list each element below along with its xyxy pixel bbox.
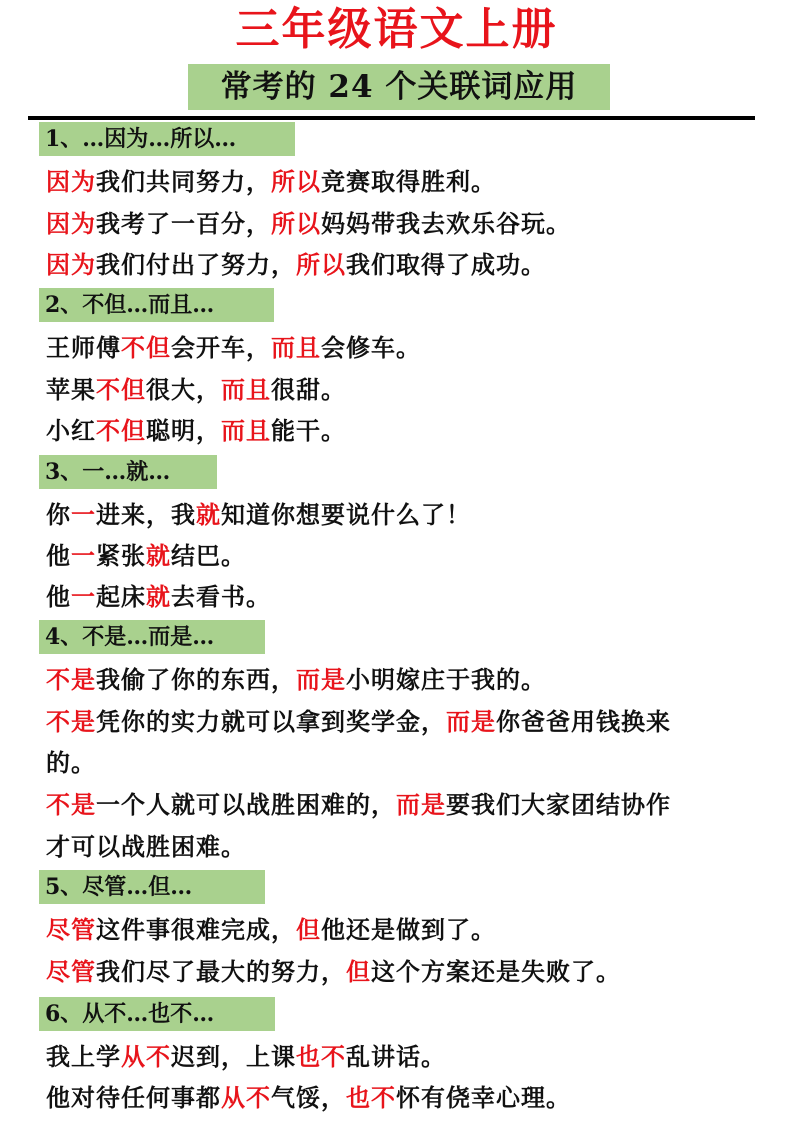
sentence-text: 他: [46, 541, 71, 570]
conjunction-highlight: 所以: [271, 167, 321, 196]
sentence-text: 能干。: [271, 416, 346, 445]
sentence-text: 苹果: [46, 375, 96, 404]
sentence-text: 你: [46, 500, 71, 529]
conjunction-highlight: 不是: [46, 707, 96, 736]
conjunction-highlight: 而是: [296, 665, 346, 694]
section-heading: 2、不但…而且…: [39, 288, 274, 322]
conjunction-highlight: 从不: [221, 1083, 271, 1112]
conjunction-highlight: 所以: [296, 250, 346, 279]
sentence-text: 我上学: [46, 1042, 121, 1071]
example-sentence: 因为我们付出了努力，所以我们取得了成功。: [46, 248, 546, 282]
conjunction-highlight: 不但: [121, 333, 171, 362]
sentence-text: 竞赛取得胜利。: [321, 167, 496, 196]
conjunction-highlight: 一: [71, 541, 96, 570]
sentence-text: 这件事很难完成，: [96, 915, 296, 944]
page-title: 三年级语文上册: [0, 2, 793, 58]
conjunction-highlight: 一: [71, 582, 96, 611]
sentence-text: 迟到，上课: [171, 1042, 296, 1071]
conjunction-highlight: 不是: [46, 665, 96, 694]
example-sentence: 小红不但聪明，而且能干。: [46, 414, 346, 448]
example-sentence: 才可以战胜困难。: [46, 830, 246, 864]
sentence-text: 他对待任何事都: [46, 1083, 221, 1112]
sentence-text: 聪明，: [146, 416, 221, 445]
sentence-text: 要我们大家团结协作: [446, 790, 671, 819]
sentence-text: 他还是做到了。: [321, 915, 496, 944]
conjunction-highlight: 而是: [446, 707, 496, 736]
page-subtitle: 常考的 24 个关联词应用: [188, 64, 610, 110]
example-sentence: 我上学从不迟到，上课也不乱讲话。: [46, 1040, 446, 1074]
conjunction-highlight: 也不: [346, 1083, 396, 1112]
sentence-text: 很甜。: [271, 375, 346, 404]
example-sentence: 不是我偷了你的东西，而是小明嫁庄于我的。: [46, 663, 546, 697]
conjunction-highlight: 所以: [271, 209, 321, 238]
conjunction-highlight: 也不: [296, 1042, 346, 1071]
example-sentence: 他一起床就去看书。: [46, 580, 271, 614]
sentence-text: 的。: [46, 748, 96, 777]
divider-rule: [28, 116, 755, 120]
conjunction-highlight: 从不: [121, 1042, 171, 1071]
sentence-text: 我们取得了成功。: [346, 250, 546, 279]
section-heading: 6、从不…也不…: [39, 997, 275, 1031]
example-sentence: 因为我考了一百分，所以妈妈带我去欢乐谷玩。: [46, 207, 571, 241]
sentence-text: 进来，我: [96, 500, 196, 529]
example-sentence: 不是一个人就可以战胜困难的，而是要我们大家团结协作: [46, 788, 671, 822]
section-heading: 5、尽管…但…: [39, 870, 265, 904]
sentence-text: 会开车，: [171, 333, 271, 362]
sentence-text: 我考了一百分，: [96, 209, 271, 238]
sentence-text: 妈妈带我去欢乐谷玩。: [321, 209, 571, 238]
sentence-text: 知道你想要说什么了！: [221, 500, 471, 529]
conjunction-highlight: 不是: [46, 790, 96, 819]
sentence-text: 起床: [96, 582, 146, 611]
example-sentence: 他对待任何事都从不气馁，也不怀有侥幸心理。: [46, 1081, 571, 1115]
conjunction-highlight: 因为: [46, 209, 96, 238]
conjunction-highlight: 因为: [46, 250, 96, 279]
sentence-text: 会修车。: [321, 333, 421, 362]
example-sentence: 他一紧张就结巴。: [46, 539, 246, 573]
example-sentence: 王师傅不但会开车，而且会修车。: [46, 331, 421, 365]
conjunction-highlight: 一: [71, 500, 96, 529]
conjunction-highlight: 尽管: [46, 957, 96, 986]
example-sentence: 不是凭你的实力就可以拿到奖学金，而是你爸爸用钱换来: [46, 705, 671, 739]
sentence-text: 我偷了你的东西，: [96, 665, 296, 694]
sentence-text: 很大，: [146, 375, 221, 404]
example-sentence: 尽管这件事很难完成，但他还是做到了。: [46, 913, 496, 947]
sentence-text: 乱讲话。: [346, 1042, 446, 1071]
section-heading: 1、…因为…所以…: [39, 122, 295, 156]
sentence-text: 你爸爸用钱换来: [496, 707, 671, 736]
conjunction-highlight: 就: [196, 500, 221, 529]
sentence-text: 一个人就可以战胜困难的，: [96, 790, 396, 819]
example-sentence: 因为我们共同努力，所以竞赛取得胜利。: [46, 165, 496, 199]
sentence-text: 才可以战胜困难。: [46, 832, 246, 861]
conjunction-highlight: 就: [146, 541, 171, 570]
conjunction-highlight: 而且: [221, 375, 271, 404]
conjunction-highlight: 就: [146, 582, 171, 611]
example-sentence: 苹果不但很大，而且很甜。: [46, 373, 346, 407]
conjunction-highlight: 而且: [221, 416, 271, 445]
conjunction-highlight: 不但: [96, 375, 146, 404]
sentence-text: 王师傅: [46, 333, 121, 362]
sentence-text: 我们尽了最大的努力，: [96, 957, 346, 986]
example-sentence: 你一进来，我就知道你想要说什么了！: [46, 498, 471, 532]
example-sentence: 尽管我们尽了最大的努力，但这个方案还是失败了。: [46, 955, 621, 989]
section-heading: 3、一…就…: [39, 455, 217, 489]
conjunction-highlight: 不但: [96, 416, 146, 445]
sentence-text: 我们付出了努力，: [96, 250, 296, 279]
conjunction-highlight: 尽管: [46, 915, 96, 944]
sentence-text: 小红: [46, 416, 96, 445]
sentence-text: 气馁，: [271, 1083, 346, 1112]
conjunction-highlight: 因为: [46, 167, 96, 196]
sentence-text: 去看书。: [171, 582, 271, 611]
sentence-text: 他: [46, 582, 71, 611]
sentence-text: 我们共同努力，: [96, 167, 271, 196]
sentence-text: 结巴。: [171, 541, 246, 570]
sentence-text: 怀有侥幸心理。: [396, 1083, 571, 1112]
conjunction-highlight: 而是: [396, 790, 446, 819]
conjunction-highlight: 但: [346, 957, 371, 986]
sentence-text: 凭你的实力就可以拿到奖学金，: [96, 707, 446, 736]
sentence-text: 小明嫁庄于我的。: [346, 665, 546, 694]
sentence-text: 这个方案还是失败了。: [371, 957, 621, 986]
conjunction-highlight: 但: [296, 915, 321, 944]
section-heading: 4、不是…而是…: [39, 620, 265, 654]
conjunction-highlight: 而且: [271, 333, 321, 362]
example-sentence: 的。: [46, 746, 96, 780]
sentence-text: 紧张: [96, 541, 146, 570]
